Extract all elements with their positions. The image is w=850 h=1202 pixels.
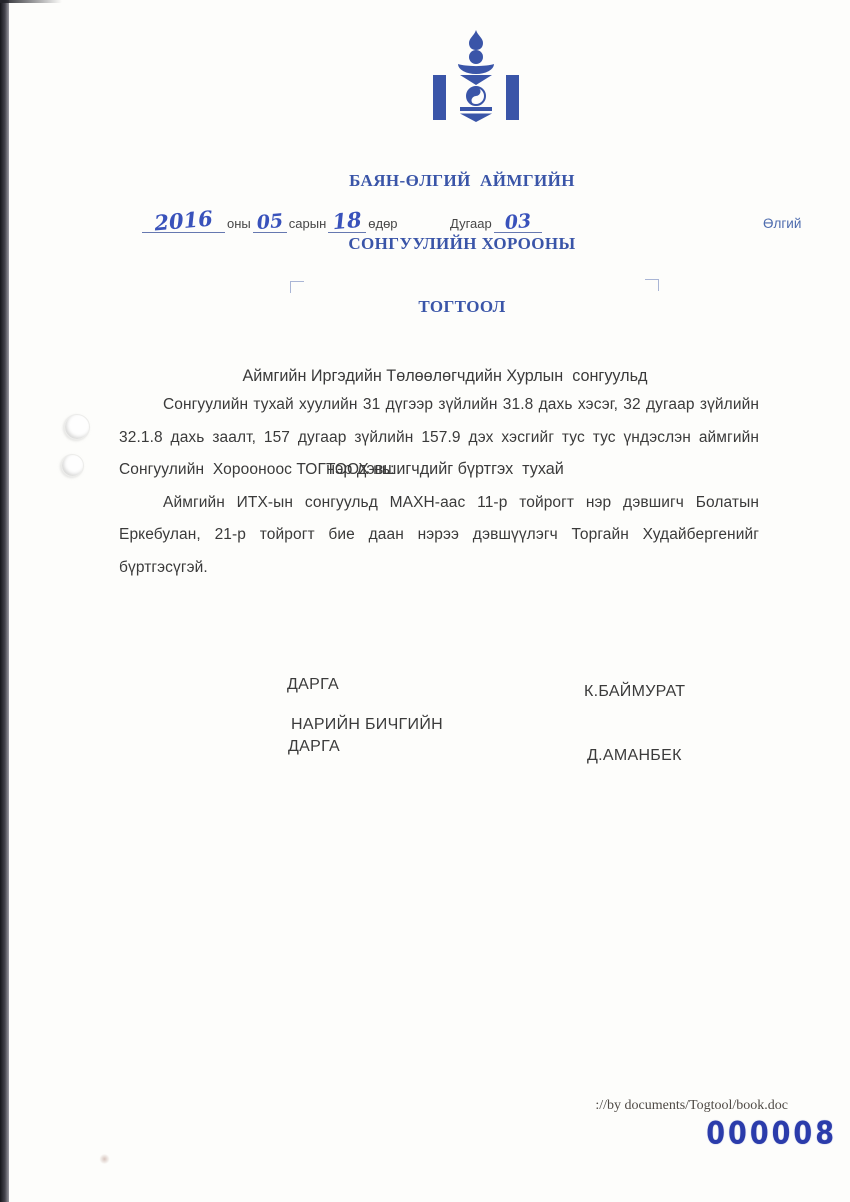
day-blank: 18 [328, 212, 366, 233]
day-handwritten: 18 [327, 206, 367, 234]
body-line: 32.1.8 дахь заалт, 157 дугаар зүйлийн 15… [119, 422, 759, 455]
dateline: 2016оны05сарын18өдөр [142, 212, 400, 232]
year-label: оны [225, 214, 253, 233]
scanner-edge-shadow [0, 0, 9, 1202]
signature-role-secretary-line1: НАРИЙН БИЧГИЙН [291, 716, 443, 734]
body-line: бүртгэсүгэй. [119, 552, 759, 585]
year-handwritten: 2016 [141, 204, 226, 236]
punch-hole [61, 454, 84, 477]
punch-hole [64, 414, 90, 440]
stamp-number: 000008 [706, 1116, 837, 1151]
number-label: Дугаар [448, 214, 494, 233]
body-line: Сонгуулийн Хорооноос ТОГТООХ нь: [119, 454, 759, 487]
file-path-text: ://by documents/Togtool/book.doc [595, 1098, 788, 1114]
org-name-line1: БАЯН-ӨЛГИЙ АЙМГИЙН [262, 170, 662, 191]
signature-role-chairman: ДАРГА [287, 676, 339, 694]
number-blank: 03 [494, 212, 542, 233]
body-line: Сонгуулийн тухай хуулийн 31 дүгээр зүйли… [119, 389, 759, 422]
corner-mark-right-icon [645, 279, 659, 291]
signature-name-chairman: К.БАЙМУРАТ [584, 683, 685, 701]
month-blank: 05 [253, 212, 287, 233]
scanner-top-shadow [0, 0, 62, 3]
paper-smudge [99, 1154, 110, 1164]
corner-mark-left-icon [290, 281, 304, 293]
soyombo-emblem-icon [433, 26, 519, 122]
month-label: сарын [287, 214, 328, 233]
day-label: өдөр [366, 214, 399, 233]
month-handwritten: 05 [252, 210, 288, 235]
place-name: Өлгий [763, 216, 801, 231]
year-blank: 2016 [142, 212, 225, 233]
body-line: Аймгийн ИТХ-ын сонгуульд МАХН-аас 11-р т… [119, 487, 759, 520]
number-group: Дугаар03 [448, 212, 542, 232]
signature-role-secretary-line2: ДАРГА [288, 738, 340, 756]
number-handwritten: 03 [493, 209, 543, 235]
body-line: Еркебулан, 21-р тойрогт бие даан нэрээ д… [119, 519, 759, 552]
body-text: Сонгуулийн тухай хуулийн 31 дүгээр зүйли… [119, 389, 759, 585]
title-line1: Аймгийн Иргэдийн Төлөөлөгчдийн Хурлын со… [150, 361, 740, 392]
signature-name-secretary: Д.АМАНБЕК [587, 747, 682, 765]
org-name-line2: СОНГУУЛИЙН ХОРООНЫ [262, 233, 662, 254]
